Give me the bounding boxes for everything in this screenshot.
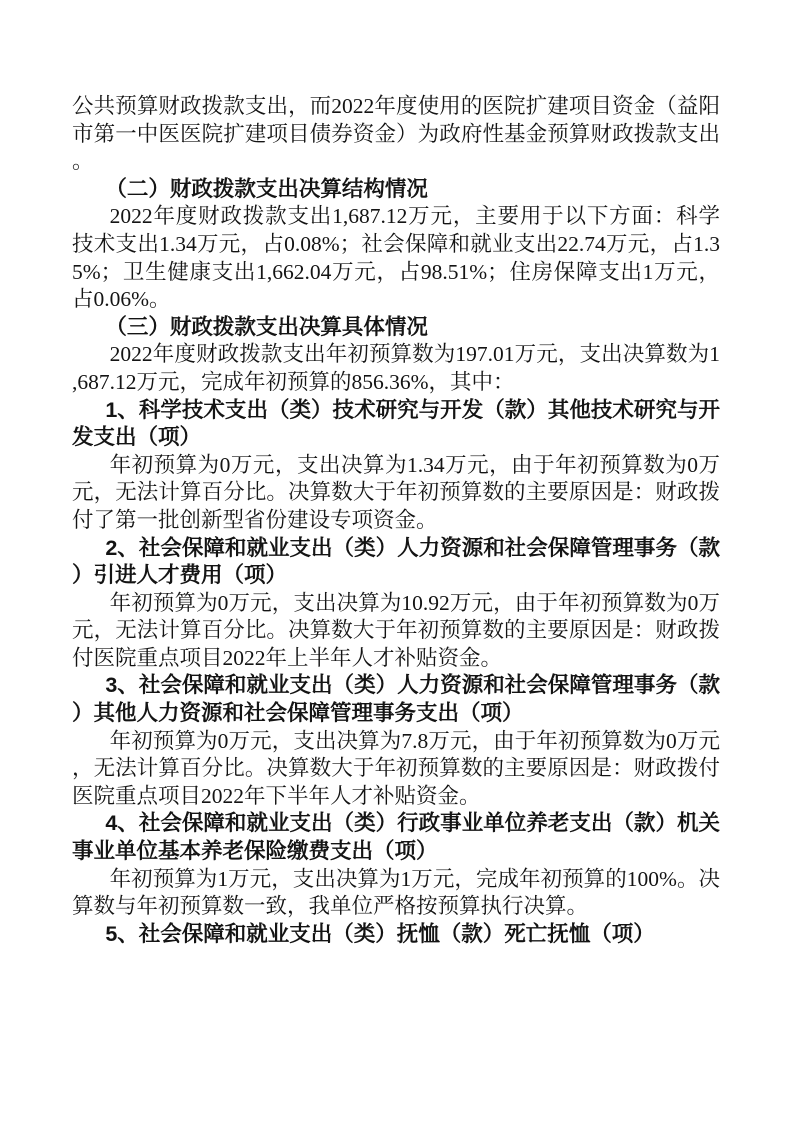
section-heading: 2、社会保障和就业支出（类）人力资源和社会保障管理事务（款）引进人才费用（项） bbox=[72, 535, 720, 590]
body-paragraph: 年初预算为0万元，支出决算为10.92万元，由于年初预算数为0万元，无法计算百分… bbox=[72, 590, 720, 673]
body-paragraph: 年初预算为0万元，支出决算为7.8万元，由于年初预算数为0万元，无法计算百分比。… bbox=[72, 728, 720, 811]
section-heading: 3、社会保障和就业支出（类）人力资源和社会保障管理事务（款）其他人力资源和社会保… bbox=[72, 672, 720, 727]
section-heading: 5、社会保障和就业支出（类）抚恤（款）死亡抚恤（项） bbox=[72, 921, 720, 949]
section-heading: 1、科学技术支出（类）技术研究与开发（款）其他技术研究与开发支出（项） bbox=[72, 397, 720, 452]
body-paragraph: 年初预算为0万元，支出决算为1.34万元，由于年初预算数为0万元，无法计算百分比… bbox=[72, 452, 720, 535]
body-paragraph: 年初预算为1万元，支出决算为1万元，完成年初预算的100%。决算数与年初预算数一… bbox=[72, 866, 720, 921]
section-heading: （二）财政拨款支出决算结构情况 bbox=[72, 176, 720, 204]
body-paragraph: 2022年度财政拨款支出年初预算数为197.01万元，支出决算数为1,687.1… bbox=[72, 341, 720, 396]
document-content: 公共预算财政拨款支出，而2022年度使用的医院扩建项目资金（益阳市第一中医医院扩… bbox=[72, 93, 720, 948]
body-paragraph: 2022年度财政拨款支出1,687.12万元，主要用于以下方面：科学技术支出1.… bbox=[72, 203, 720, 313]
section-heading: 4、社会保障和就业支出（类）行政事业单位养老支出（款）机关事业单位基本养老保险缴… bbox=[72, 810, 720, 865]
section-heading: （三）财政拨款支出决算具体情况 bbox=[72, 314, 720, 342]
body-paragraph: 公共预算财政拨款支出，而2022年度使用的医院扩建项目资金（益阳市第一中医医院扩… bbox=[72, 93, 720, 176]
document-page: 公共预算财政拨款支出，而2022年度使用的医院扩建项目资金（益阳市第一中医医院扩… bbox=[0, 0, 793, 1122]
